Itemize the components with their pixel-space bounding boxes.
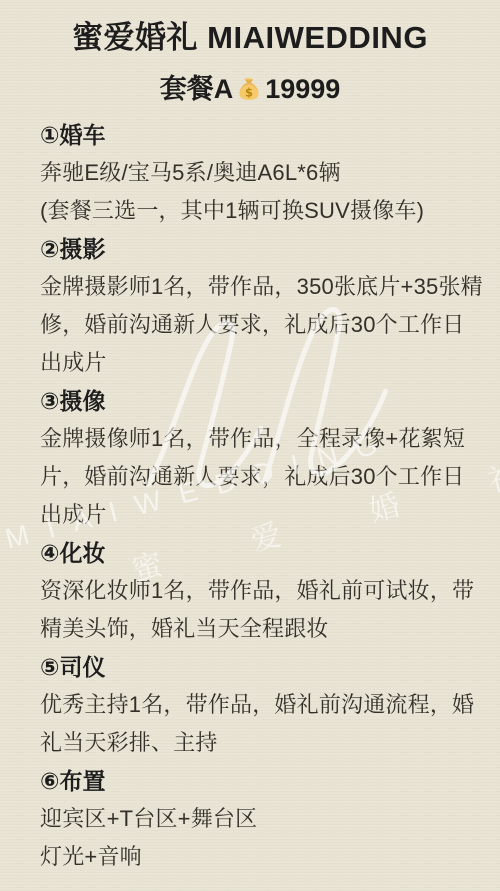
wedding-package-poster: 蜜爱婚礼 MIAIWEDDING 套餐A $ 19999 ①婚车 奔驰E级/宝马… xyxy=(0,0,500,891)
section-line: 金牌摄像师1名，带作品，全程录像+花絮短 xyxy=(40,420,476,458)
svg-text:$: $ xyxy=(245,85,253,99)
package-price-line: 套餐A $ 19999 xyxy=(0,74,500,104)
section-emcee: ⑤司仪 优秀主持1名，带作品，婚礼前沟通流程，婚 礼当天彩排、主持 xyxy=(40,648,476,762)
section-heading: ④化妆 xyxy=(40,534,476,572)
section-makeup: ④化妆 资深化妆师1名，带作品，婚礼前可试妆，带 精美头饰，婚礼当天全程跟妆 xyxy=(40,534,476,648)
section-line: 迎宾区+T台区+舞台区 xyxy=(40,800,476,838)
section-heading: ③摄像 xyxy=(40,382,476,420)
section-line: 灯光+音响 xyxy=(40,838,476,876)
section-photography: ②摄影 金牌摄影师1名，带作品，350张底片+35张精 修，婚前沟通新人要求，礼… xyxy=(40,230,476,382)
section-line: 精美头饰，婚礼当天全程跟妆 xyxy=(40,610,476,648)
package-details: ①婚车 奔驰E级/宝马5系/奥迪A6L*6辆 (套餐三选一，其中1辆可换SUV摄… xyxy=(0,116,500,876)
section-line: 片，婚前沟通新人要求，礼成后30个工作日 xyxy=(40,458,476,496)
section-decoration: ⑥布置 迎宾区+T台区+舞台区 灯光+音响 xyxy=(40,762,476,876)
section-videography: ③摄像 金牌摄像师1名，带作品，全程录像+花絮短 片，婚前沟通新人要求，礼成后3… xyxy=(40,382,476,534)
section-heading: ⑤司仪 xyxy=(40,648,476,686)
section-line: (套餐三选一，其中1辆可换SUV摄像车) xyxy=(40,192,476,230)
section-line: 出成片 xyxy=(40,344,476,382)
section-line: 优秀主持1名，带作品，婚礼前沟通流程，婚 xyxy=(40,686,476,724)
section-line: 资深化妆师1名，带作品，婚礼前可试妆，带 xyxy=(40,572,476,610)
section-heading: ①婚车 xyxy=(40,116,476,154)
section-line: 奔驰E级/宝马5系/奥迪A6L*6辆 xyxy=(40,154,476,192)
section-line: 修，婚前沟通新人要求，礼成后30个工作日 xyxy=(40,306,476,344)
section-line: 金牌摄影师1名，带作品，350张底片+35张精 xyxy=(40,268,476,306)
section-wedding-cars: ①婚车 奔驰E级/宝马5系/奥迪A6L*6辆 (套餐三选一，其中1辆可换SUV摄… xyxy=(40,116,476,230)
section-line: 礼当天彩排、主持 xyxy=(40,724,476,762)
money-bag-icon: $ xyxy=(236,76,262,102)
section-heading: ⑥布置 xyxy=(40,762,476,800)
page-title: 蜜爱婚礼 MIAIWEDDING xyxy=(0,0,500,56)
section-heading: ②摄影 xyxy=(40,230,476,268)
package-label: 套餐A xyxy=(160,74,234,104)
section-line: 出成片 xyxy=(40,496,476,534)
package-price: 19999 xyxy=(265,74,340,104)
